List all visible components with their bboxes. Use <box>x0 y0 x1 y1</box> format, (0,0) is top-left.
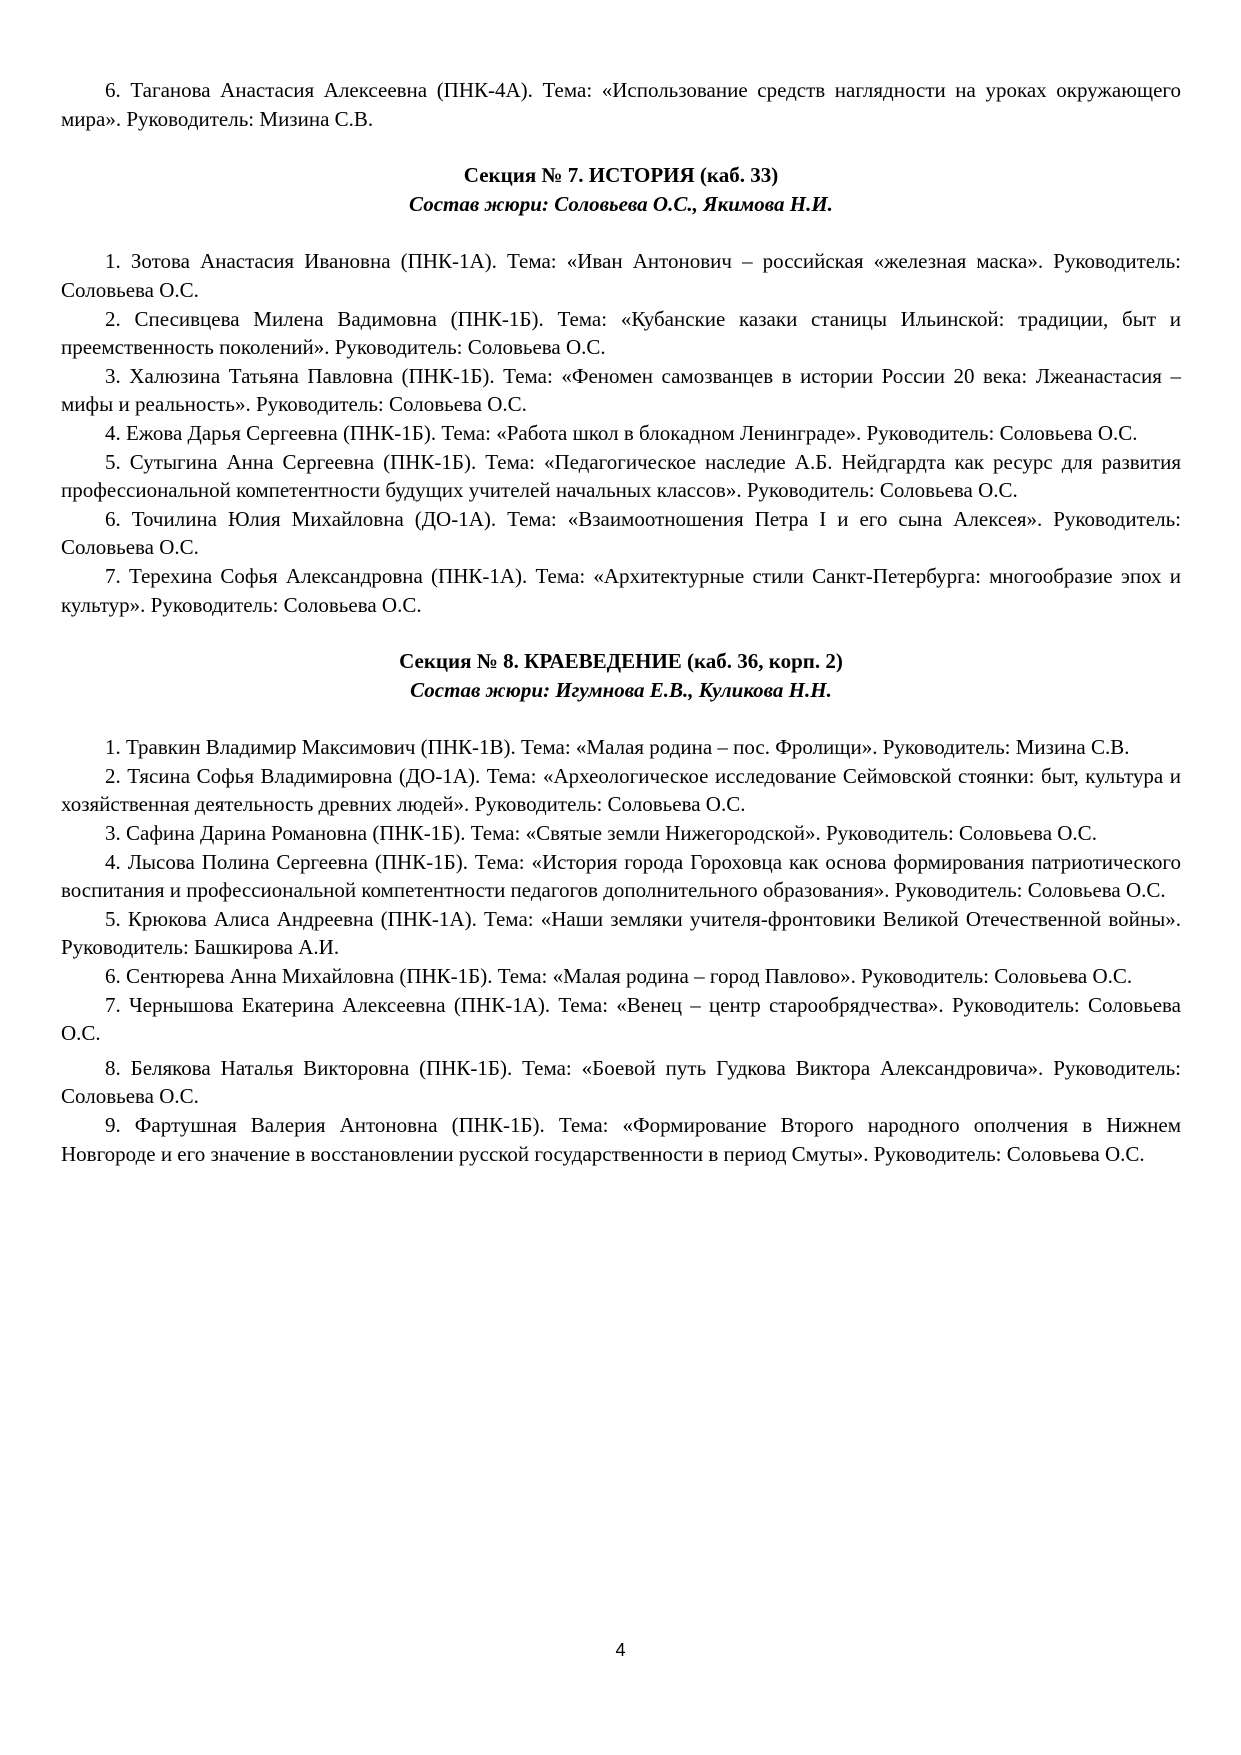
section-jury: Состав жюри: Соловьева О.С., Якимова Н.И… <box>61 190 1181 219</box>
section-title: Секция № 8. КРАЕВЕДЕНИЕ (каб. 36, корп. … <box>61 647 1181 676</box>
list-item: 2. Спесивцева Милена Вадимовна (ПНК-1Б).… <box>61 305 1181 362</box>
list-item: 1. Зотова Анастасия Ивановна (ПНК-1А). Т… <box>61 247 1181 304</box>
list-item: 6. Точилина Юлия Михайловна (ДО-1А). Тем… <box>61 505 1181 562</box>
spacer <box>61 218 1181 247</box>
list-item: 1. Травкин Владимир Максимович (ПНК-1В).… <box>61 733 1181 762</box>
section-title: Секция № 7. ИСТОРИЯ (каб. 33) <box>61 161 1181 190</box>
list-item: 5. Сутыгина Анна Сергеевна (ПНК-1Б). Тем… <box>61 448 1181 505</box>
list-item: 6. Сентюрева Анна Михайловна (ПНК-1Б). Т… <box>61 962 1181 991</box>
section-jury: Состав жюри: Игумнова Е.В., Куликова Н.Н… <box>61 676 1181 705</box>
list-item: 4. Ежова Дарья Сергеевна (ПНК-1Б). Тема:… <box>61 419 1181 448</box>
list-item: 4. Лысова Полина Сергеевна (ПНК-1Б). Тем… <box>61 848 1181 905</box>
list-item: 5. Крюкова Алиса Андреевна (ПНК-1А). Тем… <box>61 905 1181 962</box>
spacer <box>61 704 1181 733</box>
document-page: 6. Таганова Анастасия Алексеевна (ПНК-4А… <box>61 76 1181 1168</box>
section-local-history: Секция № 8. КРАЕВЕДЕНИЕ (каб. 36, корп. … <box>61 647 1181 1168</box>
list-item: 7. Терехина Софья Александровна (ПНК-1А)… <box>61 562 1181 619</box>
section-history: Секция № 7. ИСТОРИЯ (каб. 33) Состав жюр… <box>61 161 1181 619</box>
list-item: 3. Халюзина Татьяна Павловна (ПНК-1Б). Т… <box>61 362 1181 419</box>
list-item-intro: 6. Таганова Анастасия Алексеевна (ПНК-4А… <box>61 76 1181 133</box>
participant-list: 1. Зотова Анастасия Ивановна (ПНК-1А). Т… <box>61 247 1181 619</box>
list-item: 7. Чернышова Екатерина Алексеевна (ПНК-1… <box>61 991 1181 1048</box>
participant-list: 1. Травкин Владимир Максимович (ПНК-1В).… <box>61 733 1181 1168</box>
page-number: 4 <box>0 1640 1241 1661</box>
spacer <box>61 133 1181 161</box>
spacer <box>61 619 1181 647</box>
list-item: 3. Сафина Дарина Романовна (ПНК-1Б). Тем… <box>61 819 1181 848</box>
list-item: 2. Тясина Софья Владимировна (ДО-1А). Те… <box>61 762 1181 819</box>
list-item: 9. Фартушная Валерия Антоновна (ПНК-1Б).… <box>61 1111 1181 1168</box>
list-item: 8. Белякова Наталья Викторовна (ПНК-1Б).… <box>61 1054 1181 1111</box>
